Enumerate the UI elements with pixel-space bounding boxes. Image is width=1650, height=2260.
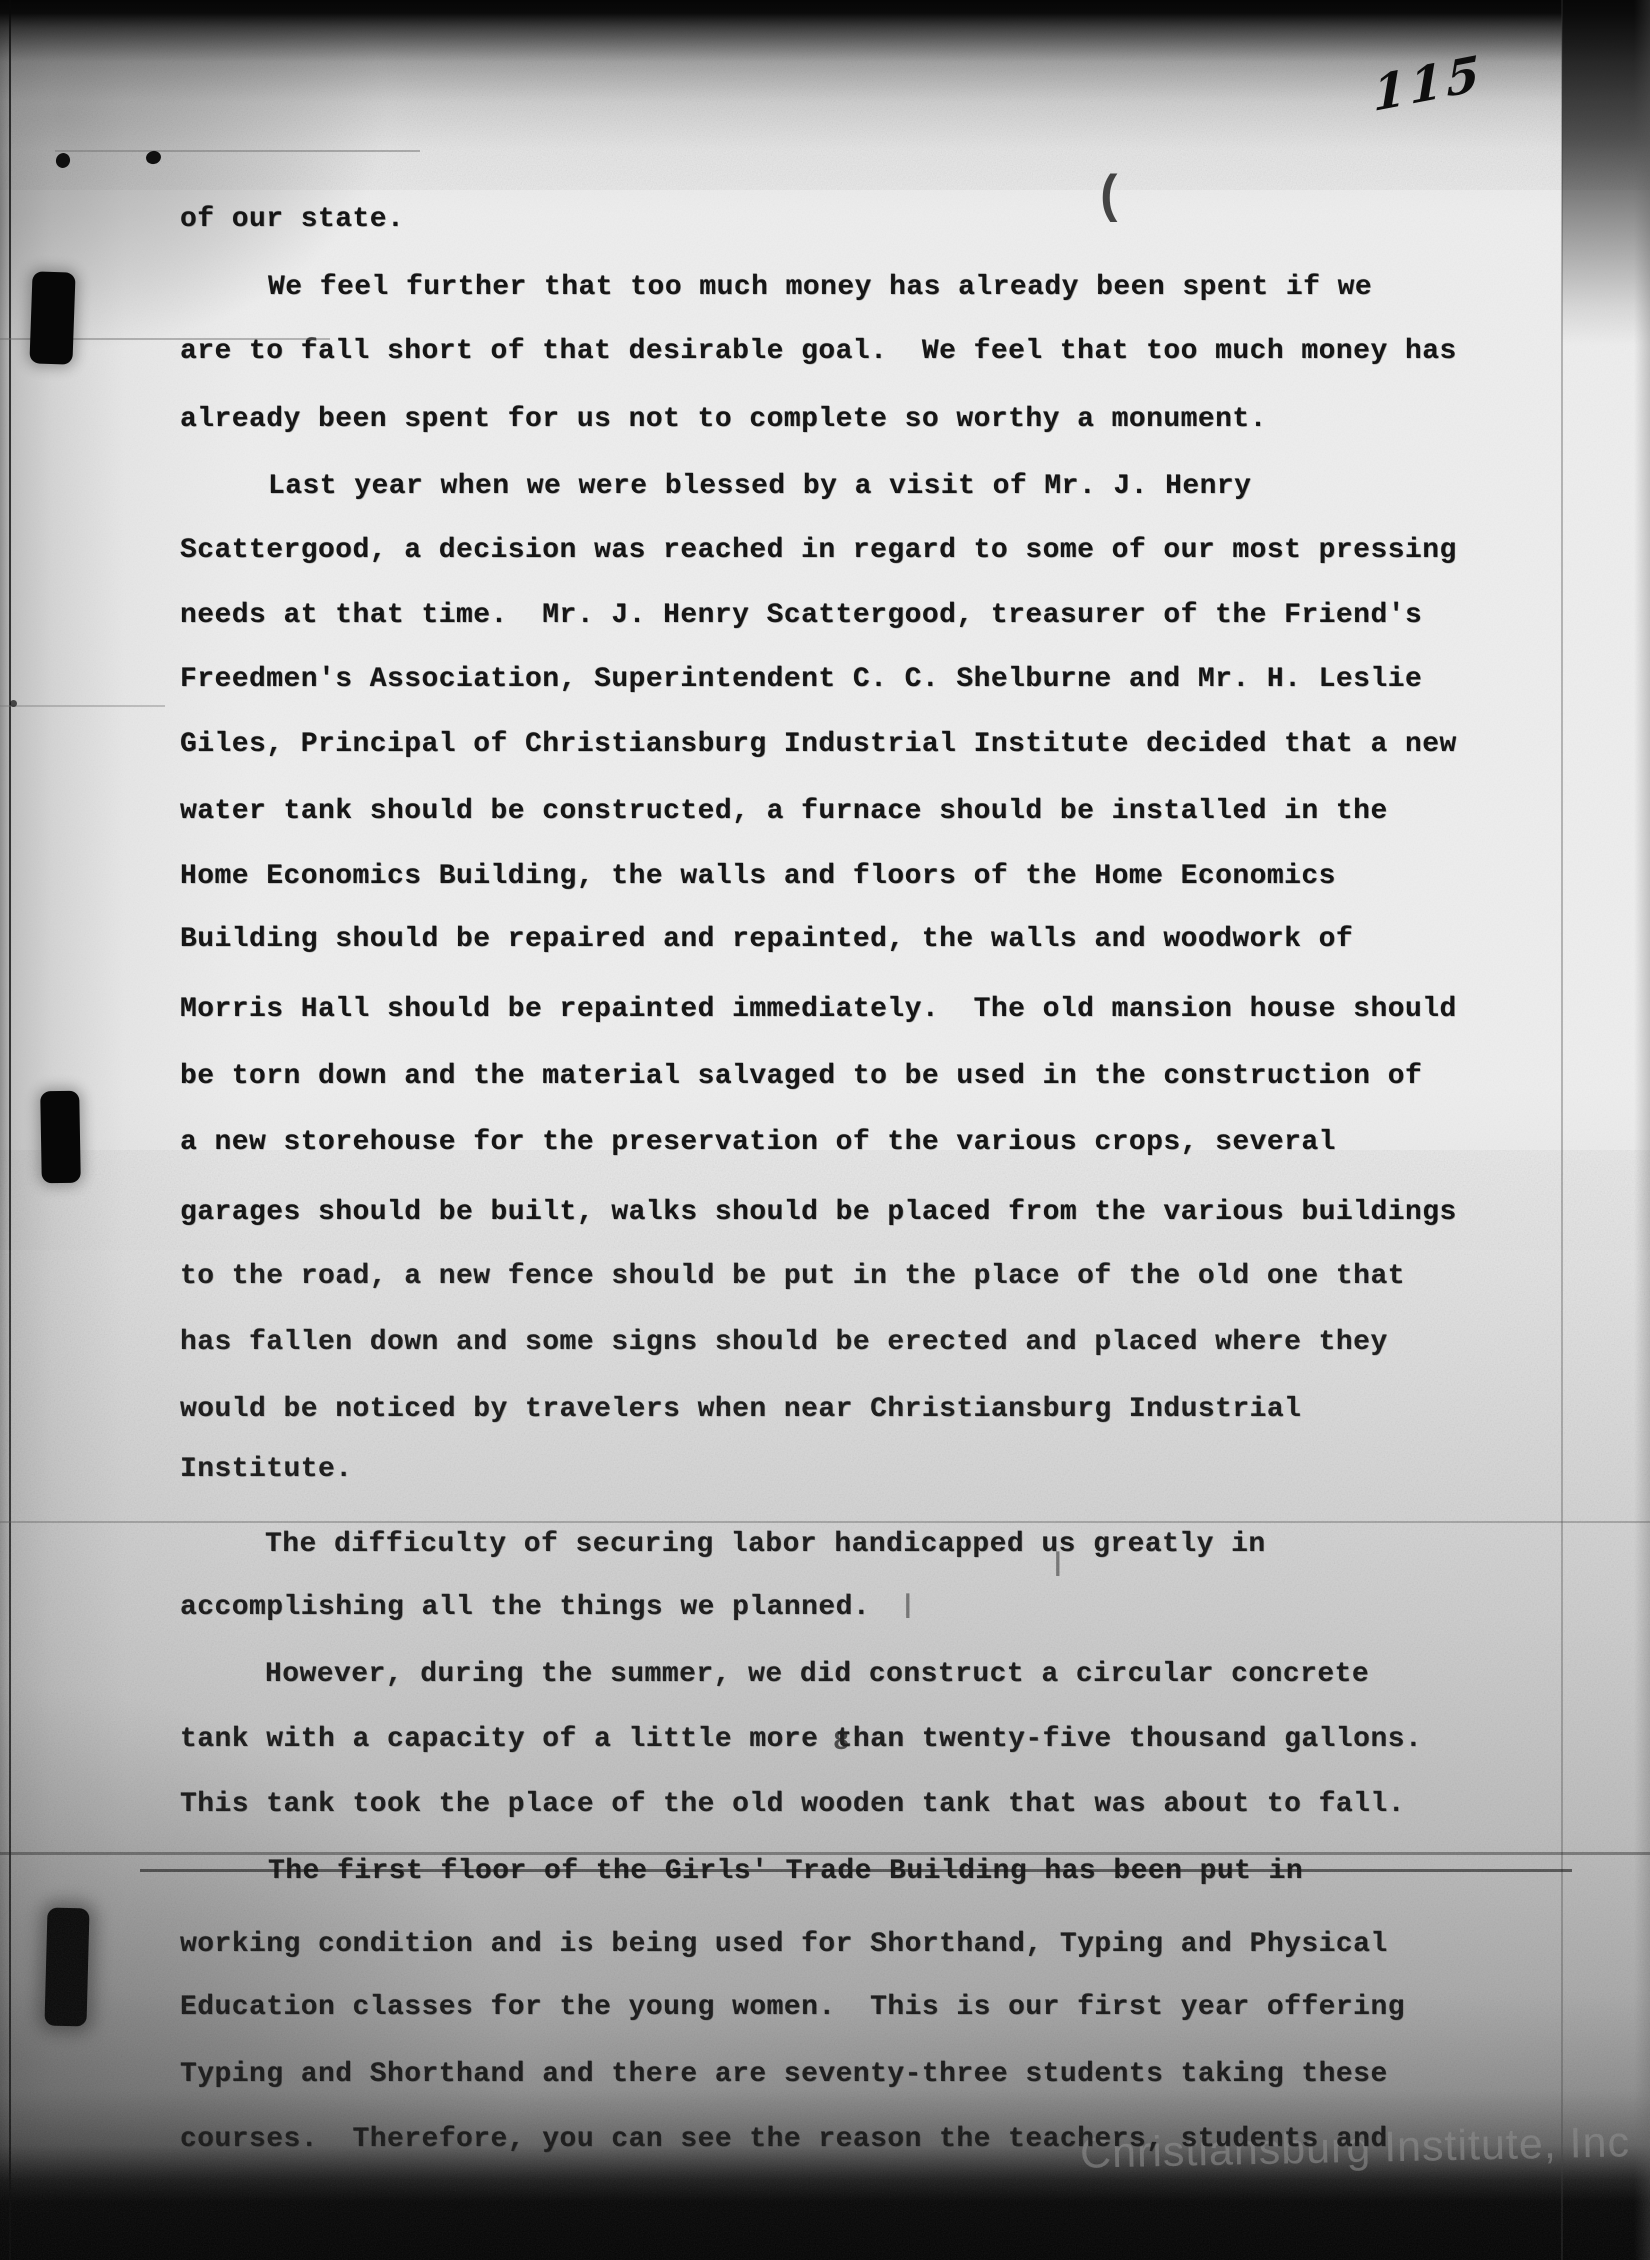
typed-line: needs at that time. Mr. J. Henry Scatter…: [180, 599, 1422, 633]
typed-line: has fallen down and some signs should be…: [180, 1326, 1388, 1360]
film-edge-line-right: [1561, 0, 1563, 2260]
typed-line: accomplishing all the things we planned.: [180, 1591, 870, 1625]
scan-artifact-line: [55, 150, 420, 152]
typed-line: already been spent for us not to complet…: [180, 403, 1267, 437]
page-number: 115: [1373, 45, 1484, 123]
typed-line: tank with a capacity of a little more th…: [180, 1723, 1422, 1757]
typed-line: water tank should be constructed, a furn…: [180, 795, 1388, 829]
typed-line: Last year when we were blessed by a visi…: [268, 470, 1251, 504]
typed-line: The difficulty of securing labor handica…: [265, 1528, 1266, 1562]
typed-line: a new storehouse for the preservation of…: [180, 1126, 1336, 1160]
typed-line: Typing and Shorthand and there are seven…: [180, 2058, 1388, 2092]
typed-line: be torn down and the material salvaged t…: [180, 1060, 1422, 1094]
film-grain: [0, 1150, 1650, 2260]
page-right-edge: [1634, 0, 1650, 2260]
film-edge-line-left: [9, 0, 11, 2260]
binder-tape-mark: [40, 1091, 81, 1184]
typed-line: Institute.: [180, 1453, 353, 1487]
typed-line: Freedmen's Association, Superintendent C…: [180, 663, 1422, 697]
typed-line: However, during the summer, we did const…: [265, 1658, 1369, 1692]
ink-blot: [145, 149, 163, 165]
stray-mark: (: [1094, 168, 1125, 227]
typed-line: Giles, Principal of Christiansburg Indus…: [180, 728, 1457, 762]
typed-line: garages should be built, walks should be…: [180, 1196, 1457, 1230]
typed-line: working condition and is being used for …: [180, 1928, 1388, 1962]
binder-tape-mark: [29, 271, 75, 364]
typed-line: would be noticed by travelers when near …: [180, 1393, 1301, 1427]
typed-line: Home Economics Building, the walls and f…: [180, 860, 1336, 894]
typed-line: This tank took the place of the old wood…: [180, 1788, 1405, 1822]
typed-line: Morris Hall should be repainted immediat…: [180, 993, 1457, 1027]
typed-line: Building should be repaired and repainte…: [180, 923, 1353, 957]
typed-line: The first floor of the Girls' Trade Buil…: [268, 1855, 1303, 1889]
typed-line: of our state.: [180, 203, 404, 237]
typed-line: Education classes for the young women. T…: [180, 1991, 1405, 2025]
ink-blot: [54, 151, 72, 170]
typed-line: Scattergood, a decision was reached in r…: [180, 534, 1457, 568]
stray-mark: |: [900, 1590, 916, 1620]
scanned-page: Christiansburg Institute, Inc 115 of our…: [0, 0, 1650, 2260]
typed-line: courses. Therefore, you can see the reas…: [180, 2123, 1388, 2157]
typed-line: are to fall short of that desirable goal…: [180, 335, 1457, 369]
ink-blot: [10, 700, 17, 707]
scan-artifact-line: [0, 1521, 1650, 1523]
scan-artifact-line: [0, 705, 165, 707]
typed-line: We feel further that too much money has …: [268, 271, 1372, 305]
stray-mark: |: [1050, 1548, 1066, 1578]
stray-mark: 8: [833, 1728, 849, 1758]
typed-line: to the road, a new fence should be put i…: [180, 1260, 1405, 1294]
binder-tape-mark: [44, 1907, 89, 2026]
